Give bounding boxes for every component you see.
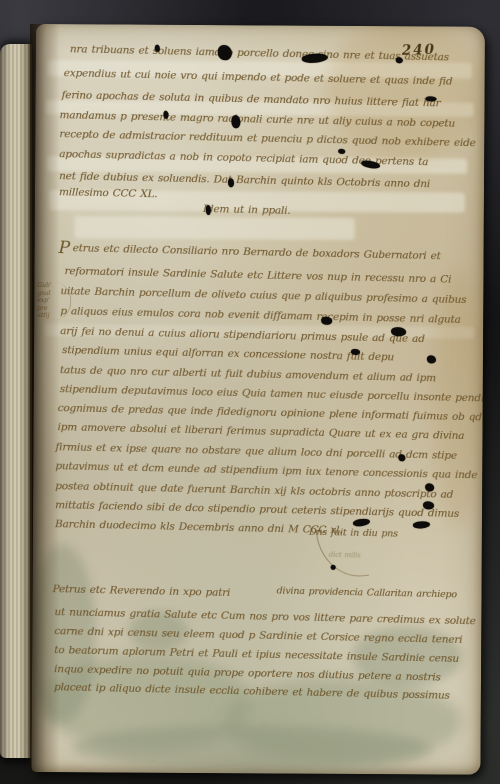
ink-blot [427, 355, 436, 363]
ink-blot [228, 178, 234, 187]
manuscript-page: 240 nra tribuans et soluens iamdco porce… [31, 24, 485, 775]
ink-blot [423, 501, 434, 509]
manuscript-line: uitate Barchin porcellum de oliveto cuiu… [60, 286, 466, 306]
facing-page-edge [0, 44, 32, 758]
manuscript-line: Barchin duodecimo kls Decembris anno dni… [55, 519, 343, 536]
ink-blot [338, 149, 345, 154]
manuscript-line: millesimo CCC XL. [59, 187, 158, 200]
ink-blot [231, 115, 240, 128]
ink-blot [352, 518, 370, 528]
entry-1-closing-note: Idem ut in ppali. [203, 204, 291, 217]
margin-note-line: exp' [37, 297, 67, 305]
ink-blot [163, 111, 168, 119]
ink-blot [321, 317, 332, 325]
ink-blot [331, 565, 336, 570]
ink-blot [218, 45, 232, 60]
margin-note-line: gnal [37, 290, 67, 298]
ink-blot [391, 327, 406, 336]
entry-3-heading-right: divina providencia Callaritan archiepo [276, 585, 457, 600]
manuscript-line: postea obtinuit que date fuerunt Barchin… [55, 481, 453, 501]
ink-blot [426, 96, 437, 101]
manuscript-line: firmius et ex ipse quare no obstare que … [55, 442, 457, 462]
margin-note-line: Gub' [37, 282, 67, 290]
manuscript-line: ut nunciamus gratia Salute etc Cum nos p… [54, 607, 475, 627]
manuscript-line: etrus etc dilecto Consiliario nro Bernar… [73, 243, 441, 262]
margin-note-line: attij [37, 312, 67, 320]
ink-blot [398, 454, 405, 461]
faint-note: dict milis [329, 550, 361, 562]
ink-blot [396, 57, 403, 63]
manuscript-line: p aliquos eius emulos cora nob evenit di… [60, 306, 461, 326]
margin-note-line: pre [37, 305, 67, 313]
manuscript-line: ipm amovere absolui et liberari ferimus … [57, 422, 464, 442]
repair-strip [75, 216, 355, 240]
manuscript-line: cognimus de predas que inde fidedignoru … [58, 403, 482, 423]
ink-blot [155, 45, 160, 52]
manuscript-line: mittatis faciendo sibi de dco stipendio … [55, 500, 459, 520]
margin-annotation: Gub' gnal exp' pre attij [37, 282, 71, 320]
manuscript-line: stipendium deputavimus loco eius Quia ta… [60, 384, 484, 404]
ink-blot [413, 521, 431, 530]
entry-2-initial: P [58, 238, 70, 258]
manuscript-line: tatus de quo nro cur alberti ut fuit dub… [60, 365, 436, 384]
ink-blot [425, 483, 434, 491]
ink-blot [206, 205, 211, 215]
manuscript-line: stipendium unius equi alforran ex conces… [62, 345, 394, 363]
manuscript-line: reformatori insule Sardinie Salute etc L… [64, 266, 451, 285]
manuscript-line: putavimus ut et dcm eunde ad stipendium … [55, 461, 477, 481]
ink-blot [351, 349, 360, 355]
